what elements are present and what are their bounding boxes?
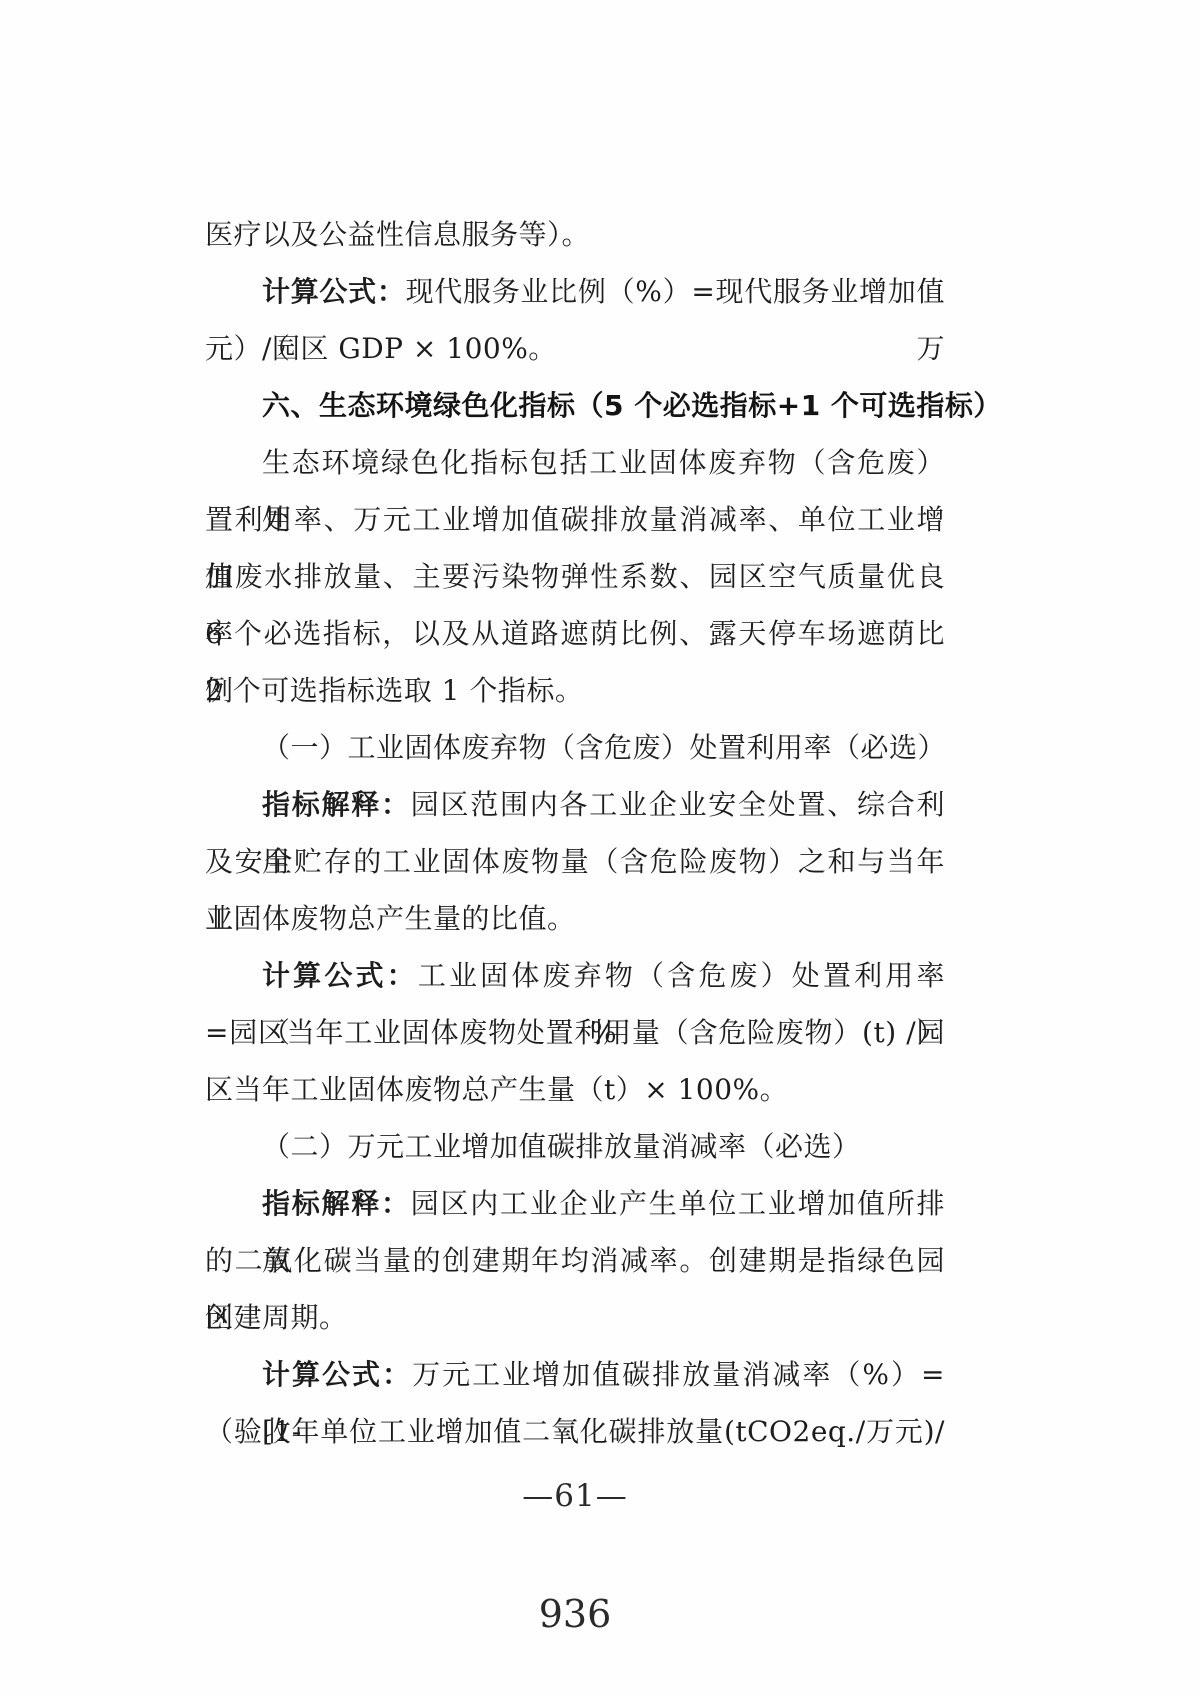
- text-line: =园区当年工业固体废物处置利用量（含危险废物）(t) /园: [205, 1004, 945, 1061]
- text-line: （一）工业固体废弃物（含危废）处置利用率（必选）: [205, 719, 945, 776]
- text-line: 6 个必选指标，以及从道路遮荫比例、露天停车场遮荫比例: [205, 605, 945, 662]
- text-line: 业固体废物总产生量的比值。: [205, 890, 945, 947]
- text-line: 医疗以及公益性信息服务等）。: [205, 206, 945, 263]
- text-segment: （一）工业固体废弃物（含危废）处置利用率（必选）: [262, 731, 946, 764]
- text-line: （二）万元工业增加值碳排放量消减率（必选）: [205, 1118, 945, 1175]
- text-line: 值废水排放量、主要污染物弹性系数、园区空气质量优良率: [205, 548, 945, 605]
- bold-label: 六、生态环境绿色化指标（5 个必选指标+1 个可选指标）: [262, 389, 1002, 422]
- text-segment: （二）万元工业增加值碳排放量消减率（必选）: [262, 1130, 861, 1163]
- text-line: 生态环境绿色化指标包括工业固体废弃物（含危废）处: [205, 434, 945, 491]
- bold-label: 指标解释：: [262, 1187, 411, 1220]
- text-segment: 业固体废物总产生量的比值。: [205, 902, 576, 935]
- text-line: 指标解释：园区内工业企业产生单位工业增加值所排放: [205, 1175, 945, 1232]
- section-heading: 六、生态环境绿色化指标（5 个必选指标+1 个可选指标）: [205, 377, 945, 434]
- text-line: 置利用率、万元工业增加值碳排放量消减率、单位工业增加: [205, 491, 945, 548]
- bold-label: 计算公式：: [262, 275, 406, 308]
- text-segment: 医疗以及公益性信息服务等）。: [205, 218, 590, 251]
- text-line: （验收年单位工业增加值二氧化碳排放量(tCO2eq./万元)/: [205, 1403, 945, 1460]
- text-line: 计算公式：工业固体废弃物（含危废）处置利用率（%）: [205, 947, 945, 1004]
- text-line: 2 个可选指标选取 1 个指标。: [205, 662, 945, 719]
- text-segment: 区当年工业固体废物总产生量（t）× 100%。: [205, 1073, 788, 1106]
- text-segment: =园区当年工业固体废物处置利用量（含危险废物）(t) /园: [205, 1016, 945, 1049]
- bottom-page-number: 936: [205, 1592, 945, 1636]
- text-line: 计算公式：现代服务业比例（%）=现代服务业增加值（万: [205, 263, 945, 320]
- bold-label: 指标解释：: [262, 788, 411, 821]
- text-line: 创建周期。: [205, 1289, 945, 1346]
- bold-label: 计算公式：: [262, 959, 418, 992]
- text-line: 的二氧化碳当量的创建期年均消减率。创建期是指绿色园区: [205, 1232, 945, 1289]
- footer-page-number: —61—: [205, 1478, 945, 1514]
- text-segment: 元）/园区 GDP × 100%。: [205, 332, 557, 365]
- text-line: 区当年工业固体废物总产生量（t）× 100%。: [205, 1061, 945, 1118]
- document-page: 医疗以及公益性信息服务等）。计算公式：现代服务业比例（%）=现代服务业增加值（万…: [0, 0, 1199, 1694]
- text-line: 及安全贮存的工业固体废物量（含危险废物）之和与当年工: [205, 833, 945, 890]
- text-line: 指标解释：园区范围内各工业企业安全处置、综合利用: [205, 776, 945, 833]
- text-segment: （验收年单位工业增加值二氧化碳排放量(tCO2eq./万元)/: [205, 1415, 945, 1448]
- document-text: 医疗以及公益性信息服务等）。计算公式：现代服务业比例（%）=现代服务业增加值（万…: [205, 206, 945, 1460]
- text-segment: 创建周期。: [205, 1301, 348, 1334]
- bold-label: 计算公式：: [262, 1358, 412, 1391]
- text-line: 计算公式：万元工业增加值碳排放量消减率（%）=[1-: [205, 1346, 945, 1403]
- text-segment: 2 个可选指标选取 1 个指标。: [205, 674, 583, 707]
